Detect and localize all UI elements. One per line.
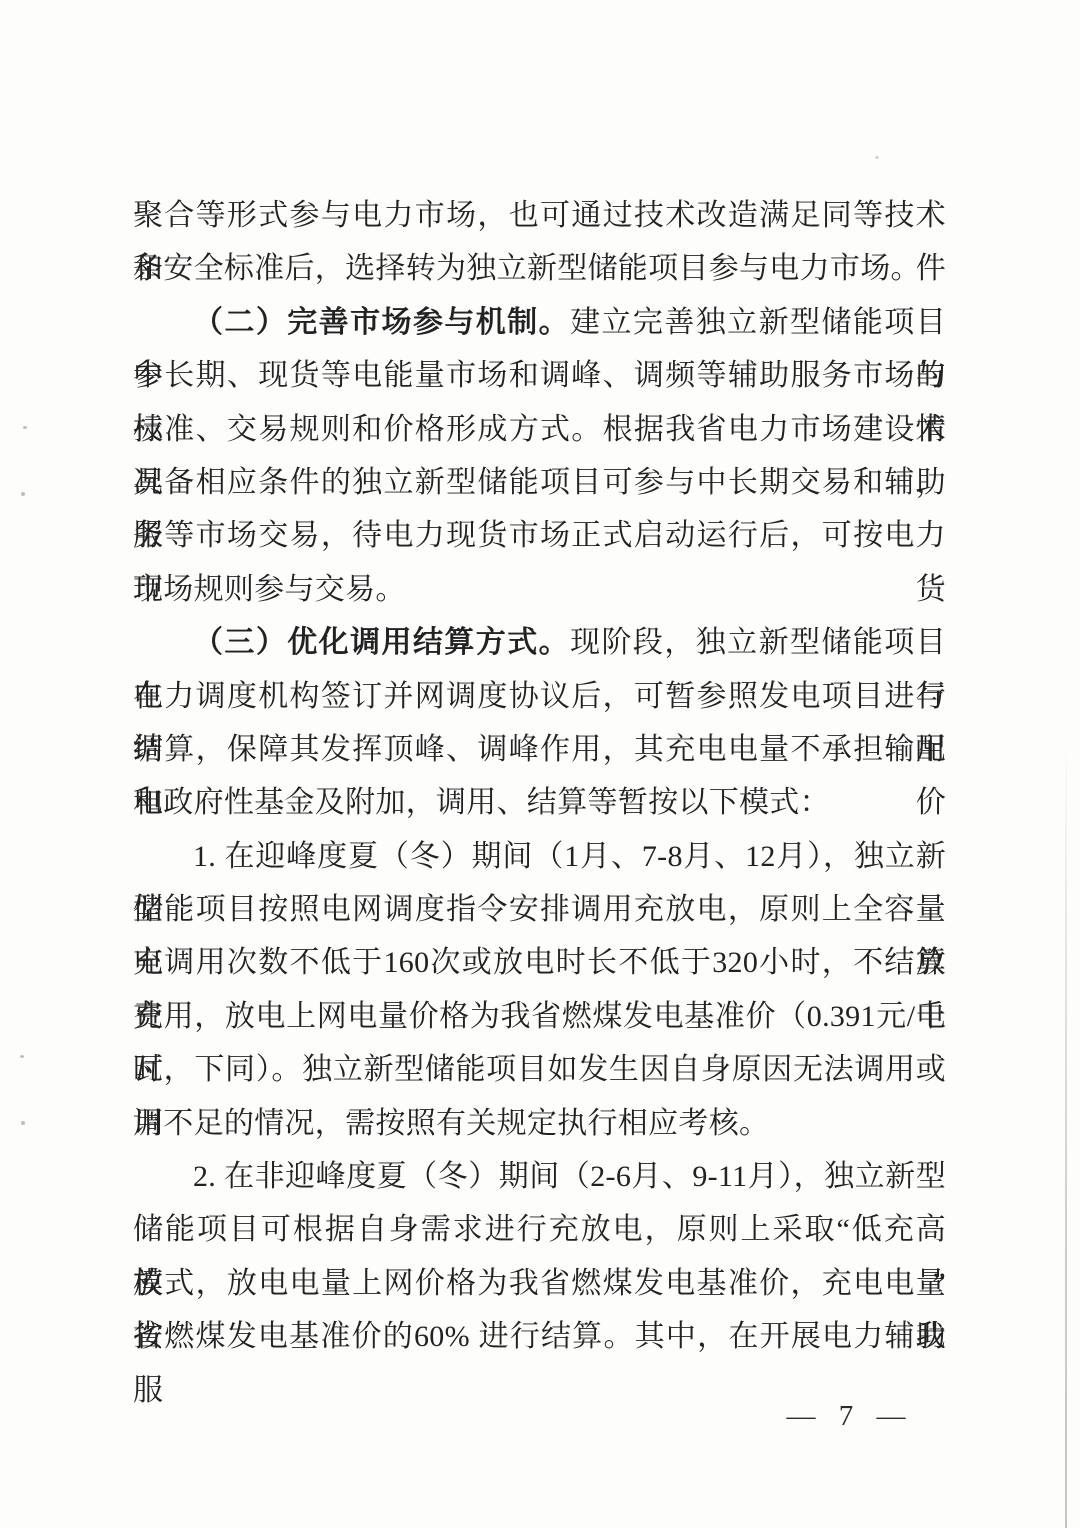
scanned-document-page: 聚合等形式参与电力市场，也可通过技术改造满足同等技术条件和安全标准后，选择转为独… (0, 0, 1080, 1528)
text-segment: 和政府性基金及附加，调用、结算等暂按以下模式： (133, 786, 830, 819)
text-line: 电调用次数不低于160次或放电时长不低于320小时，不结算充电 (133, 936, 946, 989)
text-line: （二）完善市场参与机制。建立完善独立新型储能项目参与 (133, 296, 946, 349)
text-line: 具备相应条件的独立新型储能项目可参与中长期交易和辅助服 (133, 456, 946, 509)
text-line: 电力调度机构签订并网调度协议后，可暂参照发电项目进行调用 (133, 670, 946, 723)
text-line: 2. 在非迎峰度夏（冬）期间（2-6月、9-11月），独立新型 (133, 1150, 946, 1203)
scan-speck (20, 1055, 24, 1058)
scan-speck (21, 1121, 25, 1125)
text-line: 标准、交易规则和价格形成方式。根据我省电力市场建设情况， (133, 403, 946, 456)
text-line: 省燃煤发电基准价的60% 进行结算。其中，在开展电力辅助服 (133, 1310, 946, 1363)
text-line: 聚合等形式参与电力市场，也可通过技术改造满足同等技术条件 (133, 189, 946, 242)
text-segment: 2. 在非迎峰度夏（冬）期间（2-6月、9-11月），独立新型 (193, 1160, 946, 1193)
text-line: 费用，放电上网电量价格为我省燃煤发电基准价（0.391元/千瓦 (133, 990, 946, 1043)
document-text: 聚合等形式参与电力市场，也可通过技术改造满足同等技术条件和安全标准后，选择转为独… (133, 189, 946, 1364)
page-number: — 7 — (755, 1394, 940, 1438)
text-line: 中长期、现货等电能量市场和调峰、调频等辅助服务市场的技术 (133, 349, 946, 402)
text-segment-bold: （二）完善市场参与机制。 (193, 306, 570, 339)
text-line: 和安全标准后，选择转为独立新型储能项目参与电力市场。 (133, 242, 946, 295)
scan-speck (875, 156, 879, 159)
text-line: 1. 在迎峰度夏（冬）期间（1月、7-8月、12月），独立新型 (133, 830, 946, 883)
text-segment-bold: （三）优化调用结算方式。 (193, 626, 570, 659)
scan-speck (23, 426, 27, 429)
text-line: 结算，保障其发挥顶峰、调峰作用，其充电电量不承担输配电价 (133, 723, 946, 776)
text-segment: 市场规则参与交易。 (133, 573, 406, 606)
text-segment: 用不足的情况，需按照有关规定执行相应考核。 (133, 1107, 769, 1140)
text-line: （三）优化调用结算方式。现阶段，独立新型储能项目在与 (133, 616, 946, 669)
text-line: 模式，放电电量上网价格为我省燃煤发电基准价，充电电量按我 (133, 1257, 946, 1310)
text-line: 务等市场交易，待电力现货市场正式启动运行后，可按电力现货 (133, 509, 946, 562)
text-segment: 和安全标准后，选择转为独立新型储能项目参与电力市场。 (133, 252, 921, 285)
text-line: 和政府性基金及附加，调用、结算等暂按以下模式： (133, 776, 946, 829)
text-line: 用不足的情况，需按照有关规定执行相应考核。 (133, 1097, 946, 1150)
text-line: 储能项目可根据自身需求进行充放电，原则上采取“低充高放” (133, 1203, 946, 1256)
scan-edge-line (1065, 740, 1067, 1528)
text-line: 时，下同）。独立新型储能项目如发生因自身原因无法调用或调 (133, 1043, 946, 1096)
scan-speck (21, 492, 25, 496)
text-line: 储能项目按照电网调度指令安排调用充放电，原则上全容量充放 (133, 883, 946, 936)
